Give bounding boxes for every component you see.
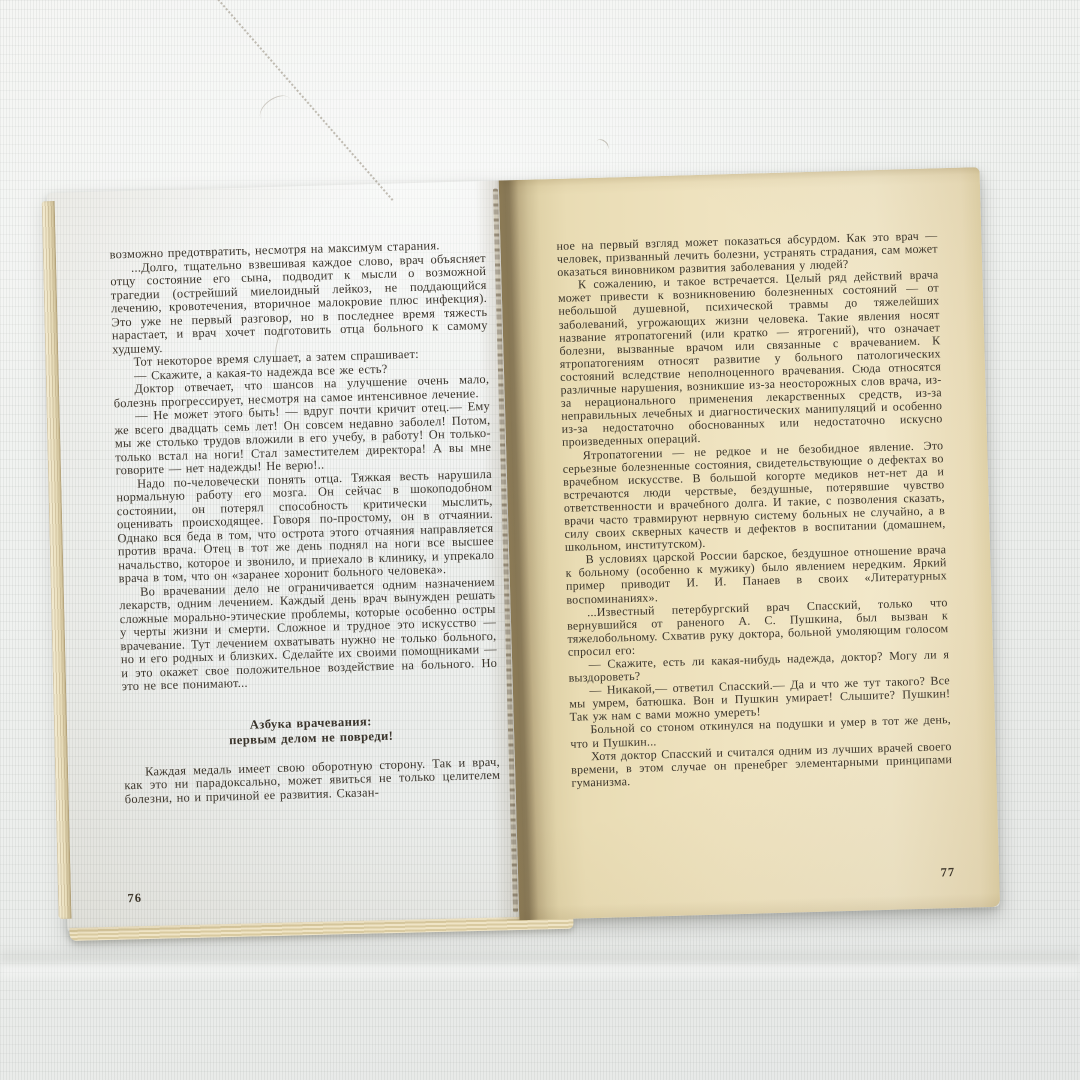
- fabric-crease: [0, 944, 1080, 984]
- paragraph: ...Долго, тщательно взвешивая каждое сло…: [110, 251, 488, 356]
- paragraph: — Не может этого быть! — вдруг почти кри…: [114, 400, 492, 478]
- open-book: возможно предотвратить, несмотря на макс…: [47, 167, 1000, 933]
- page-number-right: 77: [940, 865, 955, 880]
- left-page-text-column: возможно предотвратить, несмотря на макс…: [109, 238, 500, 806]
- paragraph: Во врачевании дело не ограничивается одн…: [119, 575, 498, 693]
- photo-of-open-book: возможно предотвратить, несмотря на макс…: [0, 0, 1080, 1080]
- paragraph: Ятропатогении — не редкое и не безобидно…: [562, 439, 946, 554]
- right-page-text-column: ное на первый взгляд может показаться аб…: [556, 229, 952, 789]
- paragraph: К сожалению, и такое встречается. Целый …: [557, 269, 943, 450]
- page-number-left: 76: [127, 891, 142, 906]
- paragraph: Надо по-человечески понять отца. Тяжкая …: [116, 467, 495, 585]
- section-heading: Азбука врачевания: первым делом не повре…: [123, 710, 500, 750]
